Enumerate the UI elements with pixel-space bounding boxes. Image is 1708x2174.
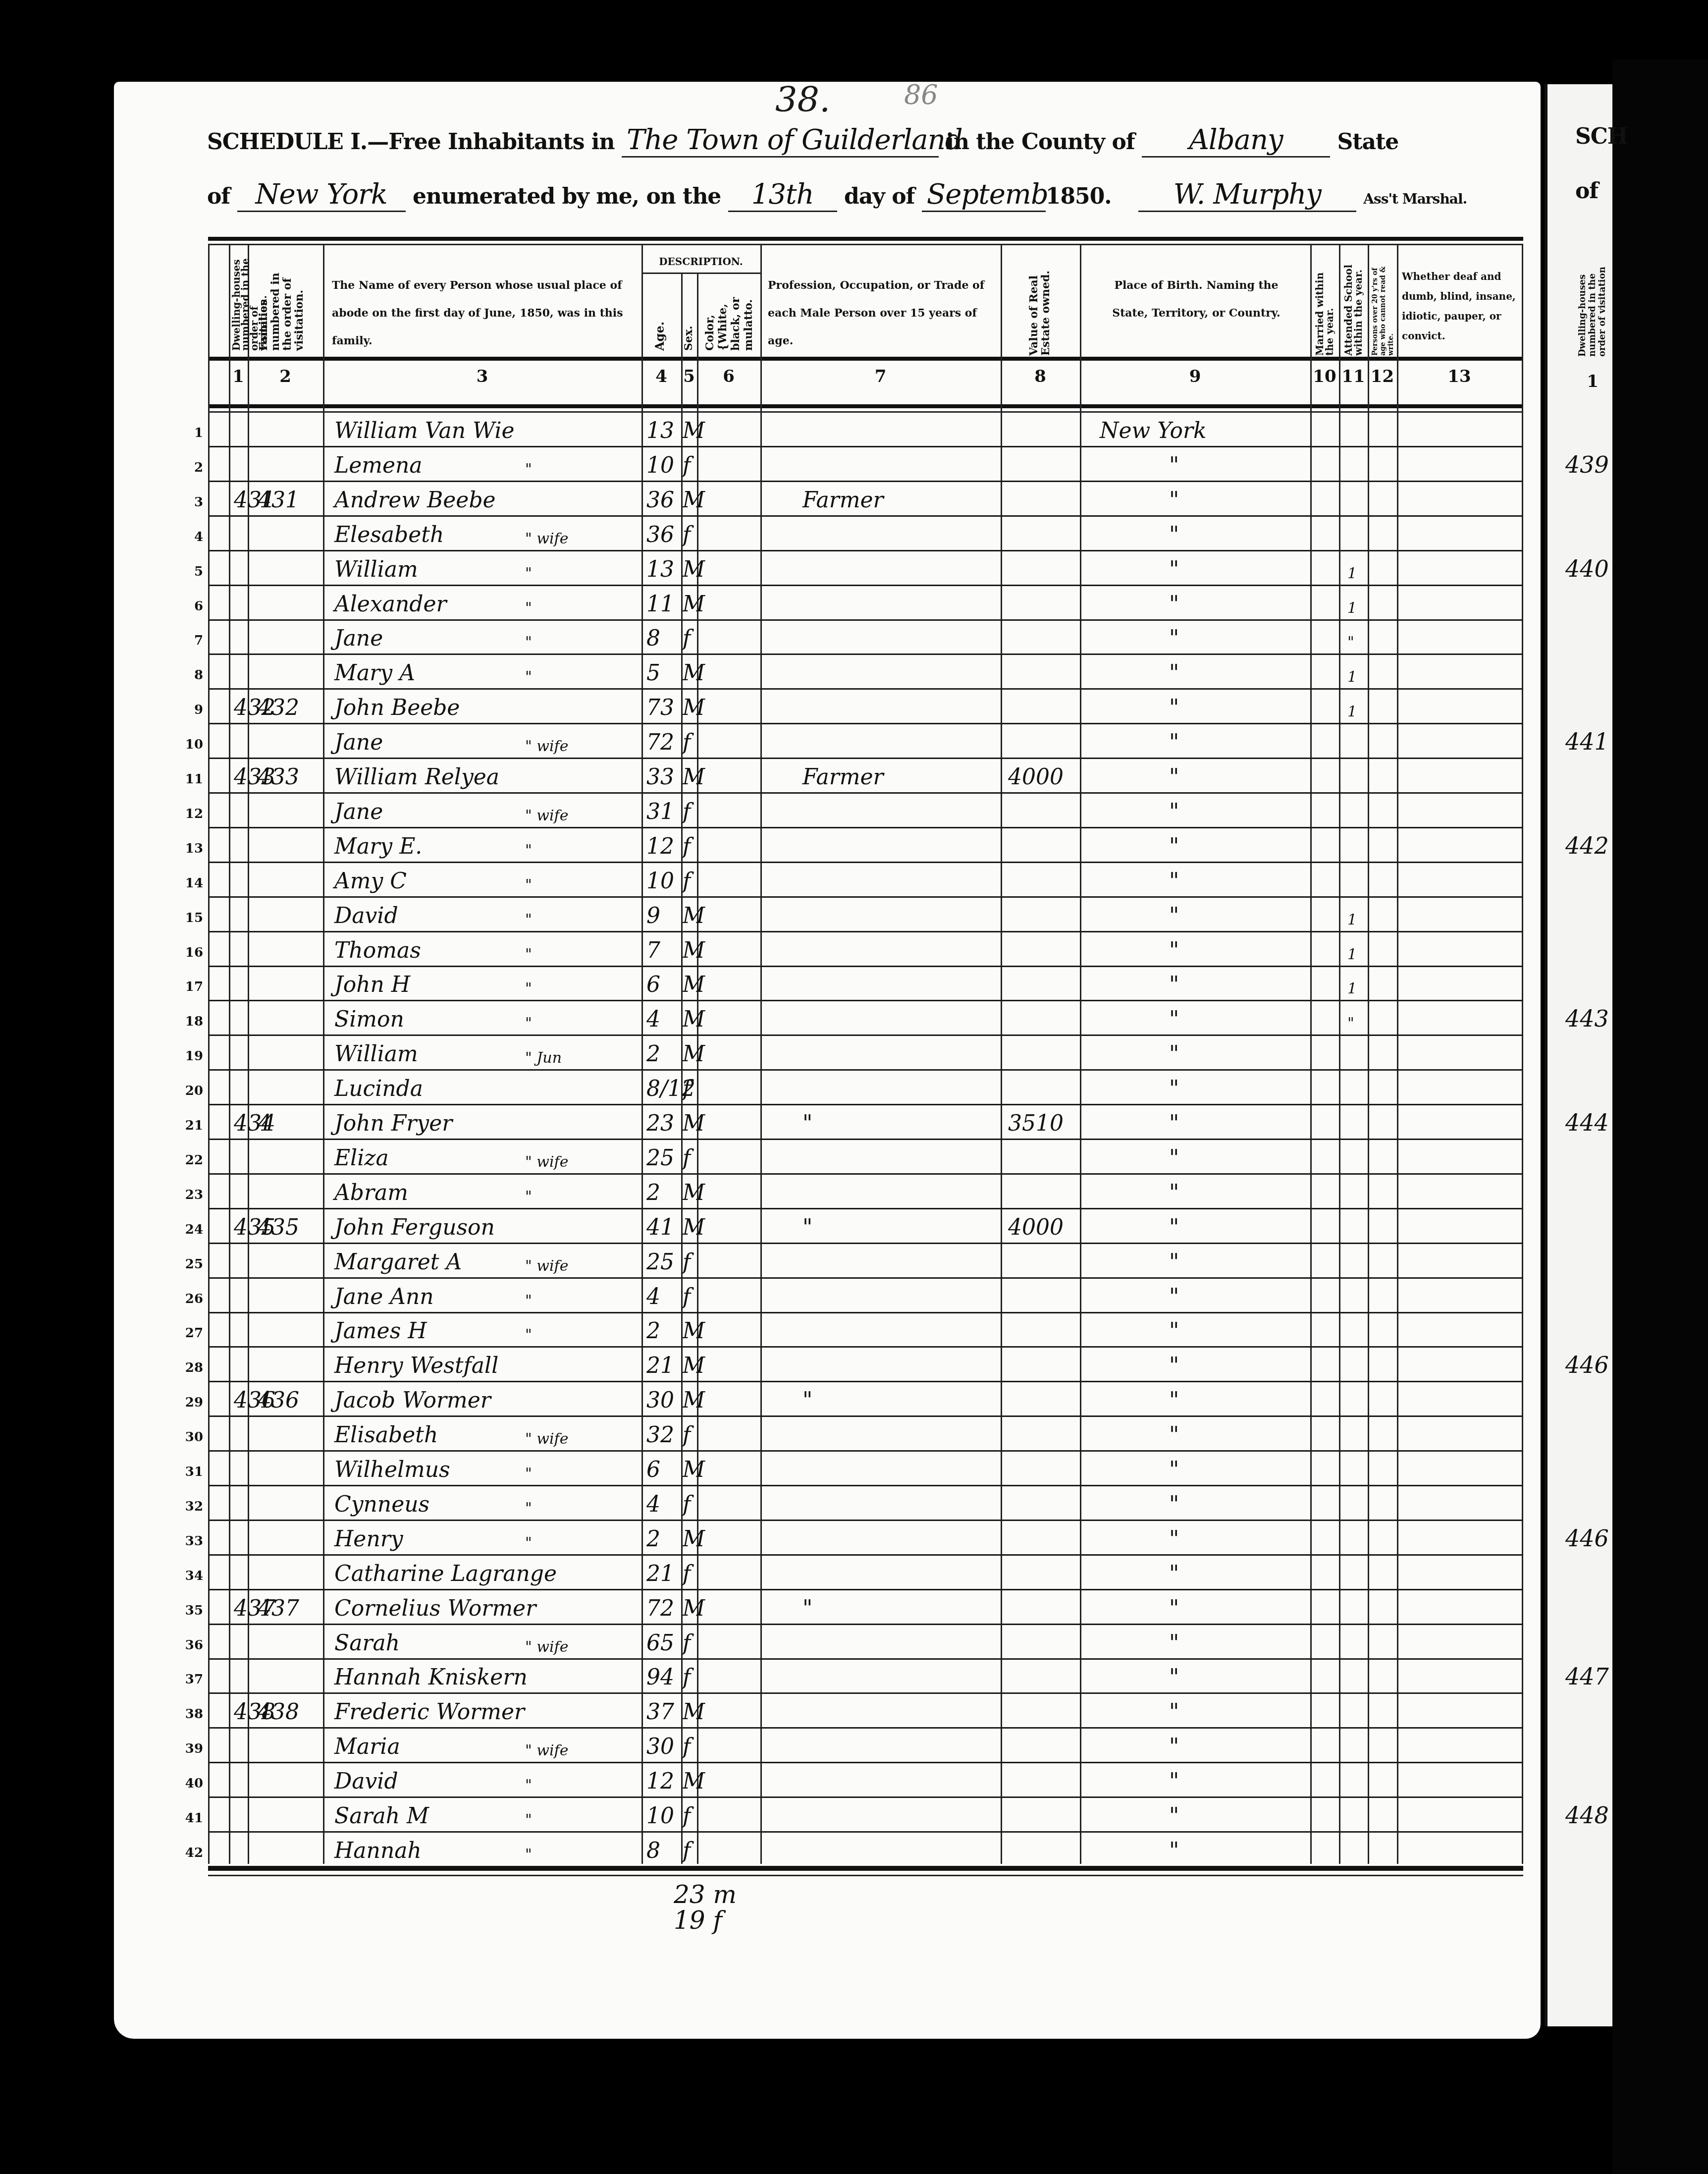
adjacent-title: SCH (1575, 124, 1627, 149)
row-number: 1 (181, 426, 203, 440)
birthplace-value: " (1169, 1145, 1179, 1171)
scan-shadow (1612, 59, 1708, 2174)
birthplace-value: " (1169, 1076, 1179, 1101)
relation-note: " wife (525, 1430, 568, 1448)
age-value: 37 (646, 1699, 674, 1725)
person-name: John H (334, 972, 410, 997)
adjacent-page-edge (1545, 84, 1622, 2026)
person-name: Sarah M (334, 1803, 429, 1829)
table-row: 6Alexander"11M"1 (208, 586, 1523, 621)
person-name: Mary E. (334, 834, 422, 859)
birthplace-value: " (1169, 488, 1179, 513)
table-top-rule (208, 237, 1523, 241)
relation-note: " (525, 461, 532, 478)
row-number: 24 (181, 1222, 203, 1237)
sex-value: f (683, 799, 691, 824)
sex-value: f (683, 1665, 691, 1690)
person-name: John Ferguson (334, 1215, 495, 1240)
table-row: 38438438Frederic Wormer37M" (208, 1694, 1523, 1729)
age-value: 30 (646, 1388, 674, 1413)
person-name: William (334, 1041, 418, 1067)
colnum-2: 2 (248, 367, 323, 386)
table-row: 31Wilhelmus"6M" (208, 1452, 1523, 1486)
age-value: 72 (646, 730, 674, 755)
person-name: Jacob Wormer (334, 1388, 491, 1413)
row-number: 19 (181, 1049, 203, 1064)
colnum-bottom-rule (208, 404, 1523, 408)
table-row: 16Thomas"7M"1 (208, 932, 1523, 967)
row-number: 5 (181, 564, 203, 579)
birthplace-value: " (1169, 453, 1179, 478)
colnum-4: 4 (641, 367, 681, 386)
sex-value: f (683, 1284, 691, 1309)
header-dwelling: Dwelling-houses numbered in the order of… (232, 257, 247, 351)
relation-note: " (525, 1777, 532, 1794)
age-value: 2 (646, 1318, 660, 1344)
row-number: 25 (181, 1257, 203, 1272)
relation-note: " (525, 980, 532, 997)
occupation-value: " (802, 1215, 812, 1240)
adjacent-colnum: 1 (1585, 372, 1600, 391)
sex-value: M (683, 903, 705, 928)
occupation-value: " (802, 1111, 812, 1136)
table-row: 32Cynneus"4f" (208, 1486, 1523, 1521)
table-row: 27James H"2M" (208, 1313, 1523, 1348)
person-name: Simon (334, 1007, 404, 1032)
sex-value: M (683, 1180, 705, 1205)
table-row: 10Jane" wife72f" (208, 724, 1523, 759)
relation-note: " (525, 1326, 532, 1344)
birthplace-value: " (1169, 1457, 1179, 1482)
table-row: 20Lucinda8/12f" (208, 1071, 1523, 1105)
adjacent-of: of (1575, 178, 1598, 204)
family-number: 436 (258, 1388, 299, 1413)
age-value: 65 (646, 1630, 674, 1656)
relation-note: " (525, 634, 532, 651)
occupation-value: " (802, 1388, 812, 1413)
row-number: 23 (181, 1188, 203, 1202)
relation-note: " wife (525, 1742, 568, 1759)
table-row: 24435435John Ferguson41M"4000" (208, 1209, 1523, 1244)
sex-value: f (683, 1803, 691, 1829)
birthplace-value: " (1169, 764, 1179, 790)
age-value: 10 (646, 869, 674, 894)
sex-value: M (683, 1699, 705, 1725)
person-name: Henry Westfall (334, 1353, 498, 1378)
age-value: 6 (646, 1457, 660, 1482)
person-name: Mary A (334, 660, 415, 686)
table-row: 30Elisabeth" wife32f" (208, 1417, 1523, 1452)
header-married: Married within the year. (1315, 257, 1334, 356)
marshal-field: W. Murphy (1138, 178, 1356, 212)
table-row: 22Eliza" wife25f" (208, 1140, 1523, 1175)
row-number: 14 (181, 876, 203, 891)
adjacent-dwelling-number: 440 (1565, 555, 1609, 582)
family-number: 432 (258, 695, 299, 720)
sex-value: f (683, 1422, 691, 1448)
table-row: 42Hannah"8f" (208, 1833, 1523, 1867)
person-name: Lemena (334, 453, 423, 478)
page-number: 38. (775, 79, 830, 120)
person-name: William Relyea (334, 764, 499, 790)
person-name: James H (334, 1318, 427, 1344)
row-number: 33 (181, 1534, 203, 1549)
row-number: 29 (181, 1395, 203, 1410)
person-name: Eliza (334, 1145, 389, 1171)
county-field: Albany (1142, 124, 1330, 158)
totals: 23 m 19 f (674, 1882, 737, 1933)
table-row: 41Sarah M"10f" (208, 1798, 1523, 1833)
row-number: 16 (181, 945, 203, 960)
birthplace-value: " (1169, 903, 1179, 928)
sex-value: M (683, 1769, 705, 1794)
person-name: Sarah (334, 1630, 400, 1656)
sex-value: M (683, 660, 705, 686)
age-value: 7 (646, 938, 660, 963)
adjacent-dwelling-number: 443 (1565, 1005, 1609, 1032)
birthplace-value: " (1169, 1699, 1179, 1725)
table-row: 28Henry Westfall21M" (208, 1348, 1523, 1382)
family-number: 433 (258, 764, 299, 790)
table-row: 39Maria" wife30f" (208, 1729, 1523, 1763)
person-name: William (334, 557, 418, 582)
row-number: 15 (181, 911, 203, 925)
table-row: 2Lemena"10f" (208, 447, 1523, 482)
header-condition: Whether deaf and dumb, blind, insane, id… (1402, 267, 1518, 346)
person-name: Andrew Beebe (334, 488, 496, 513)
state-field: New York (237, 178, 406, 212)
colnum-12: 12 (1368, 367, 1397, 386)
person-name: Hannah (334, 1838, 422, 1863)
person-name: Amy C (334, 869, 407, 894)
age-value: 13 (646, 557, 674, 582)
adjacent-dwelling-number: 444 (1565, 1109, 1609, 1136)
age-value: 2 (646, 1180, 660, 1205)
relation-note: " (525, 946, 532, 963)
age-value: 25 (646, 1145, 674, 1171)
adjacent-header: Dwelling-houses numbered in the order of… (1578, 248, 1607, 357)
birthplace-value: New York (1100, 418, 1207, 443)
birthplace-value: " (1169, 1803, 1179, 1829)
sex-value: f (683, 730, 691, 755)
row-number: 10 (181, 737, 203, 752)
relation-note: " (525, 1500, 532, 1517)
birthplace-value: " (1169, 938, 1179, 963)
person-name: William Van Wie (334, 418, 515, 443)
birthplace-value: " (1169, 522, 1179, 547)
row-number: 21 (181, 1118, 203, 1133)
birthplace-value: " (1169, 972, 1179, 997)
age-value: 23 (646, 1111, 674, 1136)
relation-note: " wife (525, 1153, 568, 1171)
birthplace-value: " (1169, 1007, 1179, 1032)
relation-note: " wife (525, 1257, 568, 1275)
header-birthplace: Place of Birth. Naming the State, Territ… (1095, 272, 1298, 327)
person-name: Cornelius Wormer (334, 1596, 536, 1621)
birthplace-value: " (1169, 1492, 1179, 1517)
adjacent-dwelling-number: 442 (1565, 832, 1609, 859)
header-real-estate: Value of Real Estate owned. (1028, 257, 1058, 356)
row-number: 30 (181, 1430, 203, 1445)
birthplace-value: " (1169, 1769, 1179, 1794)
row-number: 18 (181, 1014, 203, 1029)
age-value: 73 (646, 695, 674, 720)
sex-value: M (683, 488, 705, 513)
table-row: 23Abram"2M" (208, 1175, 1523, 1209)
day-of-label: day of (844, 184, 914, 209)
relation-note: " (525, 1465, 532, 1482)
family-number: 437 (258, 1596, 299, 1621)
colnum-7: 7 (760, 367, 1001, 386)
header-family: Families numbered in the order of visita… (258, 257, 317, 351)
person-name: David (334, 1769, 398, 1794)
sex-value: f (683, 1561, 691, 1586)
table-row: 36Sarah" wife65f" (208, 1625, 1523, 1660)
school-value: " (1347, 634, 1354, 651)
real-estate-value: 4000 (1008, 764, 1064, 790)
birthplace-value: " (1169, 869, 1179, 894)
birthplace-value: " (1169, 1630, 1179, 1656)
sex-value: M (683, 1111, 705, 1136)
person-name: David (334, 903, 398, 928)
row-number: 27 (181, 1326, 203, 1341)
person-name: Catharine Lagrange (334, 1561, 557, 1586)
birthplace-value: " (1169, 1041, 1179, 1067)
sex-value: M (683, 1526, 705, 1552)
total-female: 19 f (674, 1907, 737, 1933)
header-school: Attended School within the year. (1343, 257, 1363, 356)
table-row: 13Mary E."12f" (208, 828, 1523, 863)
schedule-title-line: SCHEDULE I.—Free Inhabitants in The Town… (207, 124, 1398, 158)
table-row: 25Margaret A" wife25f" (208, 1244, 1523, 1279)
family-number: 4 (258, 1111, 271, 1136)
age-value: 9 (646, 903, 660, 928)
adjacent-dwelling-number: 448 (1565, 1802, 1609, 1829)
age-value: 2 (646, 1526, 660, 1552)
school-value: 1 (1347, 668, 1357, 686)
birthplace-value: " (1169, 799, 1179, 824)
school-value: 1 (1347, 565, 1357, 582)
row-number: 38 (181, 1707, 203, 1722)
birthplace-value: " (1169, 1734, 1179, 1759)
sex-value: M (683, 1353, 705, 1378)
row-number: 39 (181, 1741, 203, 1756)
person-name: Jane (334, 626, 383, 651)
of-label: of (207, 184, 230, 209)
age-value: 33 (646, 764, 674, 790)
birthplace-value: " (1169, 1526, 1179, 1552)
school-value: 1 (1347, 980, 1357, 997)
person-name: Jane Ann (334, 1284, 434, 1309)
enumerated-label: enumerated by me, on the (413, 184, 721, 209)
family-number: 435 (258, 1215, 299, 1240)
header-sex: Sex. (683, 321, 696, 351)
enumeration-line: of New York enumerated by me, on the 13t… (207, 178, 1467, 212)
person-name: Thomas (334, 938, 421, 963)
birthplace-value: " (1169, 1215, 1179, 1240)
colnum-5: 5 (681, 367, 697, 386)
birthplace-value: " (1169, 660, 1179, 686)
marshal-label: Ass't Marshal. (1363, 191, 1467, 207)
birthplace-value: " (1169, 695, 1179, 720)
birthplace-value: " (1169, 592, 1179, 617)
row-number: 8 (181, 668, 203, 683)
row-number: 9 (181, 703, 203, 717)
table-row: 9432432John Beebe73M"1 (208, 690, 1523, 724)
person-name: Henry (334, 1526, 403, 1552)
age-value: 5 (646, 660, 660, 686)
relation-note: " (525, 876, 532, 894)
person-name: Elisabeth (334, 1422, 438, 1448)
colnum-11: 11 (1339, 367, 1368, 386)
relation-note: " (525, 599, 532, 617)
table-row: 4Elesabeth" wife36f" (208, 517, 1523, 551)
age-value: 4 (646, 1007, 660, 1032)
row-number: 22 (181, 1153, 203, 1168)
row-number: 34 (181, 1569, 203, 1583)
age-value: 8 (646, 626, 660, 651)
birthplace-value: " (1169, 1284, 1179, 1309)
birthplace-value: " (1169, 1596, 1179, 1621)
page-number-faint: 86 (904, 79, 938, 110)
day-field: 13th (728, 178, 837, 212)
table-top-rule-thin (208, 244, 1523, 245)
school-value: 1 (1347, 599, 1357, 617)
relation-note: " (525, 842, 532, 859)
row-number: 7 (181, 633, 203, 648)
place-field: The Town of Guilderland (622, 124, 939, 158)
sex-value: f (683, 1492, 691, 1517)
sex-value: f (683, 1630, 691, 1656)
sex-value: M (683, 1041, 705, 1067)
age-value: 21 (646, 1353, 674, 1378)
age-value: 21 (646, 1561, 674, 1586)
birthplace-value: " (1169, 1422, 1179, 1448)
school-value: " (1347, 1015, 1354, 1032)
age-value: 8 (646, 1838, 660, 1863)
row-number: 40 (181, 1776, 203, 1791)
age-value: 32 (646, 1422, 674, 1448)
relation-note: " (525, 1534, 532, 1552)
age-value: 36 (646, 522, 674, 547)
header-name: The Name of every Person whose usual pla… (332, 272, 634, 355)
sex-value: M (683, 938, 705, 963)
age-value: 36 (646, 488, 674, 513)
person-name: Wilhelmus (334, 1457, 450, 1482)
sex-value: M (683, 764, 705, 790)
birthplace-value: " (1169, 1838, 1179, 1863)
age-value: 11 (646, 592, 674, 617)
relation-note: " (525, 1811, 532, 1829)
sex-value: f (683, 1145, 691, 1171)
relation-note: " (525, 1015, 532, 1032)
table-row: 33Henry"2M" (208, 1521, 1523, 1556)
age-value: 13 (646, 418, 674, 443)
row-number: 35 (181, 1603, 203, 1618)
adjacent-dwelling-number: 446 (1565, 1525, 1609, 1552)
sex-value: f (683, 1838, 691, 1863)
colnum-6: 6 (697, 367, 760, 386)
relation-note: " wife (525, 807, 568, 824)
age-value: 12 (646, 834, 674, 859)
birthplace-value: " (1169, 557, 1179, 582)
relation-note: " (525, 1846, 532, 1863)
colnum-3: 3 (323, 367, 641, 386)
person-name: Margaret A (334, 1250, 462, 1275)
birthplace-value: " (1169, 1318, 1179, 1344)
birthplace-value: " (1169, 1665, 1179, 1690)
table-row: 15David"9M"1 (208, 898, 1523, 932)
state-label: State (1337, 129, 1398, 155)
row-number: 11 (181, 772, 203, 787)
birthplace-value: " (1169, 834, 1179, 859)
row-number: 41 (181, 1811, 203, 1826)
person-name: Jane (334, 799, 383, 824)
real-estate-value: 4000 (1008, 1215, 1064, 1240)
relation-note: " (525, 565, 532, 582)
birthplace-value: " (1169, 1388, 1179, 1413)
sex-value: M (683, 1007, 705, 1032)
row-number: 6 (181, 599, 203, 614)
colnum-9: 9 (1080, 367, 1310, 386)
birthplace-value: " (1169, 1353, 1179, 1378)
relation-note: " wife (525, 530, 568, 547)
table-row: 35437437Cornelius Wormer72M"" (208, 1590, 1523, 1625)
table-row: 40David"12M" (208, 1763, 1523, 1798)
person-name: Cynneus (334, 1492, 429, 1517)
table-row: 8Mary A"5M"1 (208, 655, 1523, 690)
school-value: 1 (1347, 703, 1357, 720)
occupation-value: Farmer (802, 488, 884, 513)
sex-value: M (683, 1215, 705, 1240)
person-name: Hannah Kniskern (334, 1665, 528, 1690)
relation-note: " wife (525, 738, 568, 755)
family-number: 438 (258, 1699, 299, 1725)
schedule-label: SCHEDULE I.—Free Inhabitants in (207, 129, 615, 155)
row-number: 20 (181, 1084, 203, 1098)
colnum-8: 8 (1001, 367, 1080, 386)
sex-value: f (683, 1250, 691, 1275)
sex-value: M (683, 592, 705, 617)
sex-value: f (683, 834, 691, 859)
age-value: 31 (646, 799, 674, 824)
table-row: 12Jane" wife31f" (208, 794, 1523, 828)
person-name: Lucinda (334, 1076, 423, 1101)
table-row: 1William Van Wie13MNew York (208, 413, 1523, 447)
age-value: 41 (646, 1215, 674, 1240)
row-number: 2 (181, 460, 203, 475)
sex-value: M (683, 1388, 705, 1413)
person-name: Alexander (334, 592, 447, 617)
relation-note: " (525, 668, 532, 686)
table-row: 34Catharine Lagrange21f" (208, 1556, 1523, 1590)
birthplace-value: " (1169, 1111, 1179, 1136)
relation-note: " wife (525, 1638, 568, 1656)
sex-value: f (683, 869, 691, 894)
header-color: Color, {White, black, or mulatto. (703, 276, 753, 351)
row-number: 37 (181, 1672, 203, 1687)
table-row: 29436436Jacob Wormer30M"" (208, 1382, 1523, 1417)
row-number: 26 (181, 1292, 203, 1306)
family-number: 431 (258, 488, 299, 513)
sex-value: M (683, 557, 705, 582)
header-illiterate: Persons over 20 y'rs of age who cannot r… (1371, 252, 1394, 356)
sex-value: M (683, 695, 705, 720)
table-row: 26Jane Ann"4f" (208, 1279, 1523, 1313)
colnum-13: 13 (1397, 367, 1522, 386)
sex-value: f (683, 1076, 691, 1101)
person-name: Elesabeth (334, 522, 444, 547)
